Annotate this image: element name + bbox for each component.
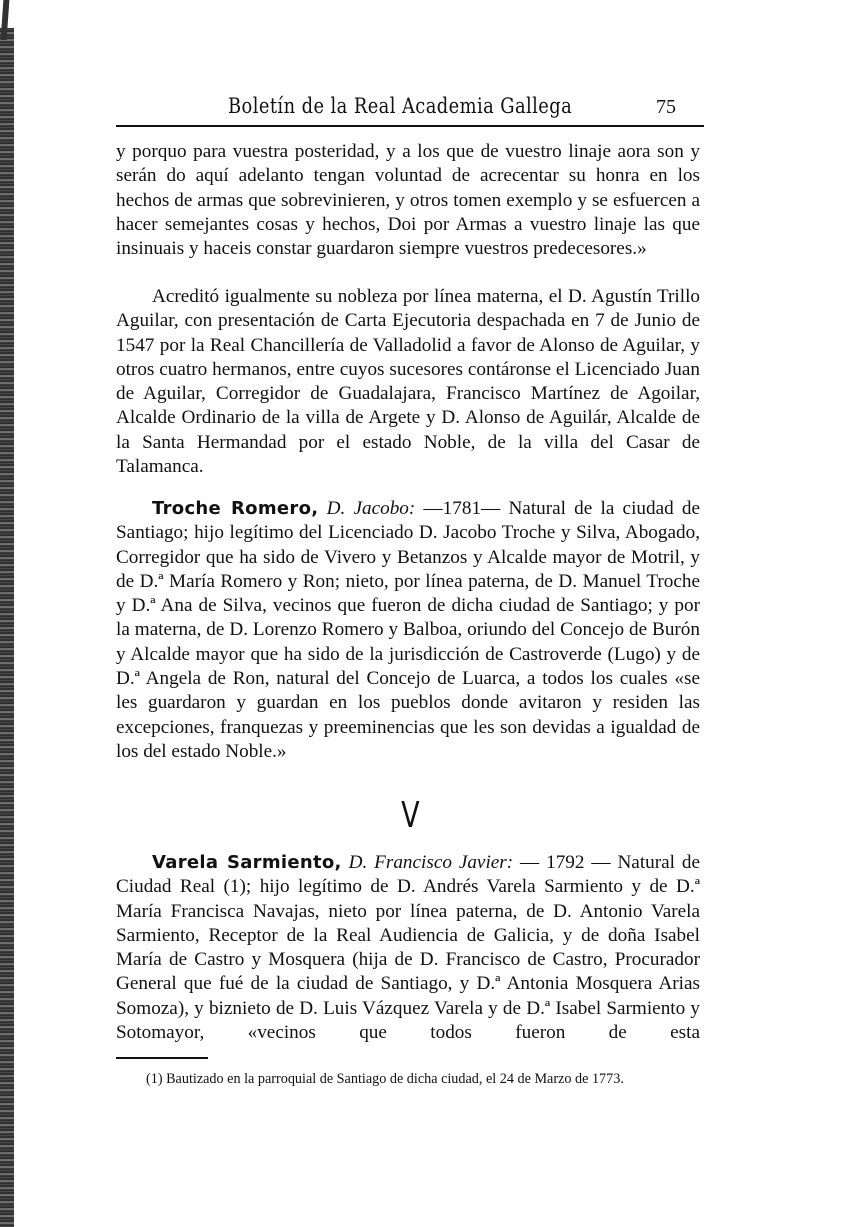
entry-troche-romero: Troche Romero, D. Jacobo: —1781— Natural… [116, 497, 700, 764]
paragraph-text: y porquo para vuestra posteridad, y a lo… [116, 140, 700, 261]
header-rule [116, 125, 704, 127]
running-header: Boletín de la Real Academia Gallega 75 [116, 92, 700, 122]
paragraph-aguilar: Acreditó igualmente su nobleza por línea… [116, 285, 700, 479]
entry-text: Varela Sarmiento, D. Francisco Javier: —… [116, 851, 700, 1045]
paragraph-text: Acreditó igualmente su nobleza por línea… [116, 285, 700, 479]
book-binding-edge [0, 28, 14, 1227]
paragraph-continuation: y porquo para vuestra posteridad, y a lo… [116, 140, 700, 261]
entry-varela-sarmiento: Varela Sarmiento, D. Francisco Javier: —… [116, 851, 700, 1045]
section-letter: V [401, 795, 419, 836]
page-number: 75 [656, 96, 676, 119]
journal-title: Boletín de la Real Academia Gallega [228, 94, 572, 118]
entry-body: —1781— Natural de la ciudad de Santiago;… [116, 498, 700, 762]
entry-body: — 1792 — Natural de Ciudad Real (1); hij… [116, 852, 700, 1043]
footnote: (1) Bautizado en la parroquial de Santia… [146, 1071, 624, 1088]
entry-text: Troche Romero, D. Jacobo: —1781— Natural… [116, 497, 700, 764]
entry-given-name: D. Jacobo: [327, 498, 416, 519]
footnote-rule [116, 1057, 208, 1059]
entry-surname: Varela Sarmiento, [152, 852, 342, 873]
entry-given-name: D. Francisco Javier: [349, 852, 514, 873]
entry-surname: Troche Romero, [152, 498, 318, 519]
